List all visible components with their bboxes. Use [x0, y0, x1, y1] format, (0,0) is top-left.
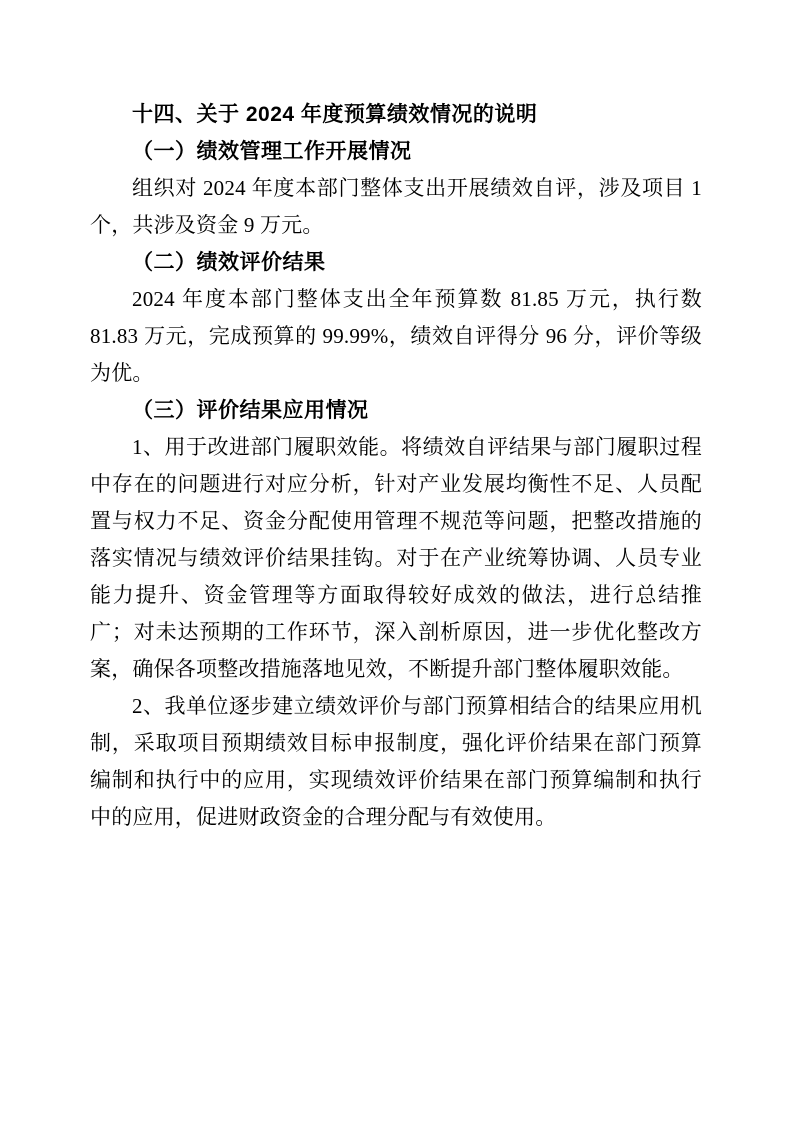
document-page: 十四、关于 2024 年度预算绩效情况的说明 （一）绩效管理工作开展情况 组织对… — [0, 0, 793, 1122]
section-3-paragraph-2: 2、我单位逐步建立绩效评价与部门预算相结合的结果应用机制，采取项目预期绩效目标申… — [90, 688, 702, 836]
section-performance-management: （一）绩效管理工作开展情况 组织对 2024 年度本部门整体支出开展绩效自评，涉… — [90, 133, 702, 244]
section-1-paragraph: 组织对 2024 年度本部门整体支出开展绩效自评，涉及项目 1 个，共涉及资金 … — [90, 170, 702, 244]
section-results-application: （三）评价结果应用情况 1、用于改进部门履职效能。将绩效自评结果与部门履职过程中… — [90, 392, 702, 836]
section-3-heading: （三）评价结果应用情况 — [90, 392, 702, 429]
document-title: 十四、关于 2024 年度预算绩效情况的说明 — [90, 96, 702, 133]
section-2-paragraph: 2024 年度本部门整体支出全年预算数 81.85 万元，执行数 81.83 万… — [90, 281, 702, 392]
section-evaluation-results: （二）绩效评价结果 2024 年度本部门整体支出全年预算数 81.85 万元，执… — [90, 244, 702, 392]
section-1-heading: （一）绩效管理工作开展情况 — [90, 133, 702, 170]
section-2-heading: （二）绩效评价结果 — [90, 244, 702, 281]
section-3-paragraph-1: 1、用于改进部门履职效能。将绩效自评结果与部门履职过程中存在的问题进行对应分析，… — [90, 429, 702, 688]
